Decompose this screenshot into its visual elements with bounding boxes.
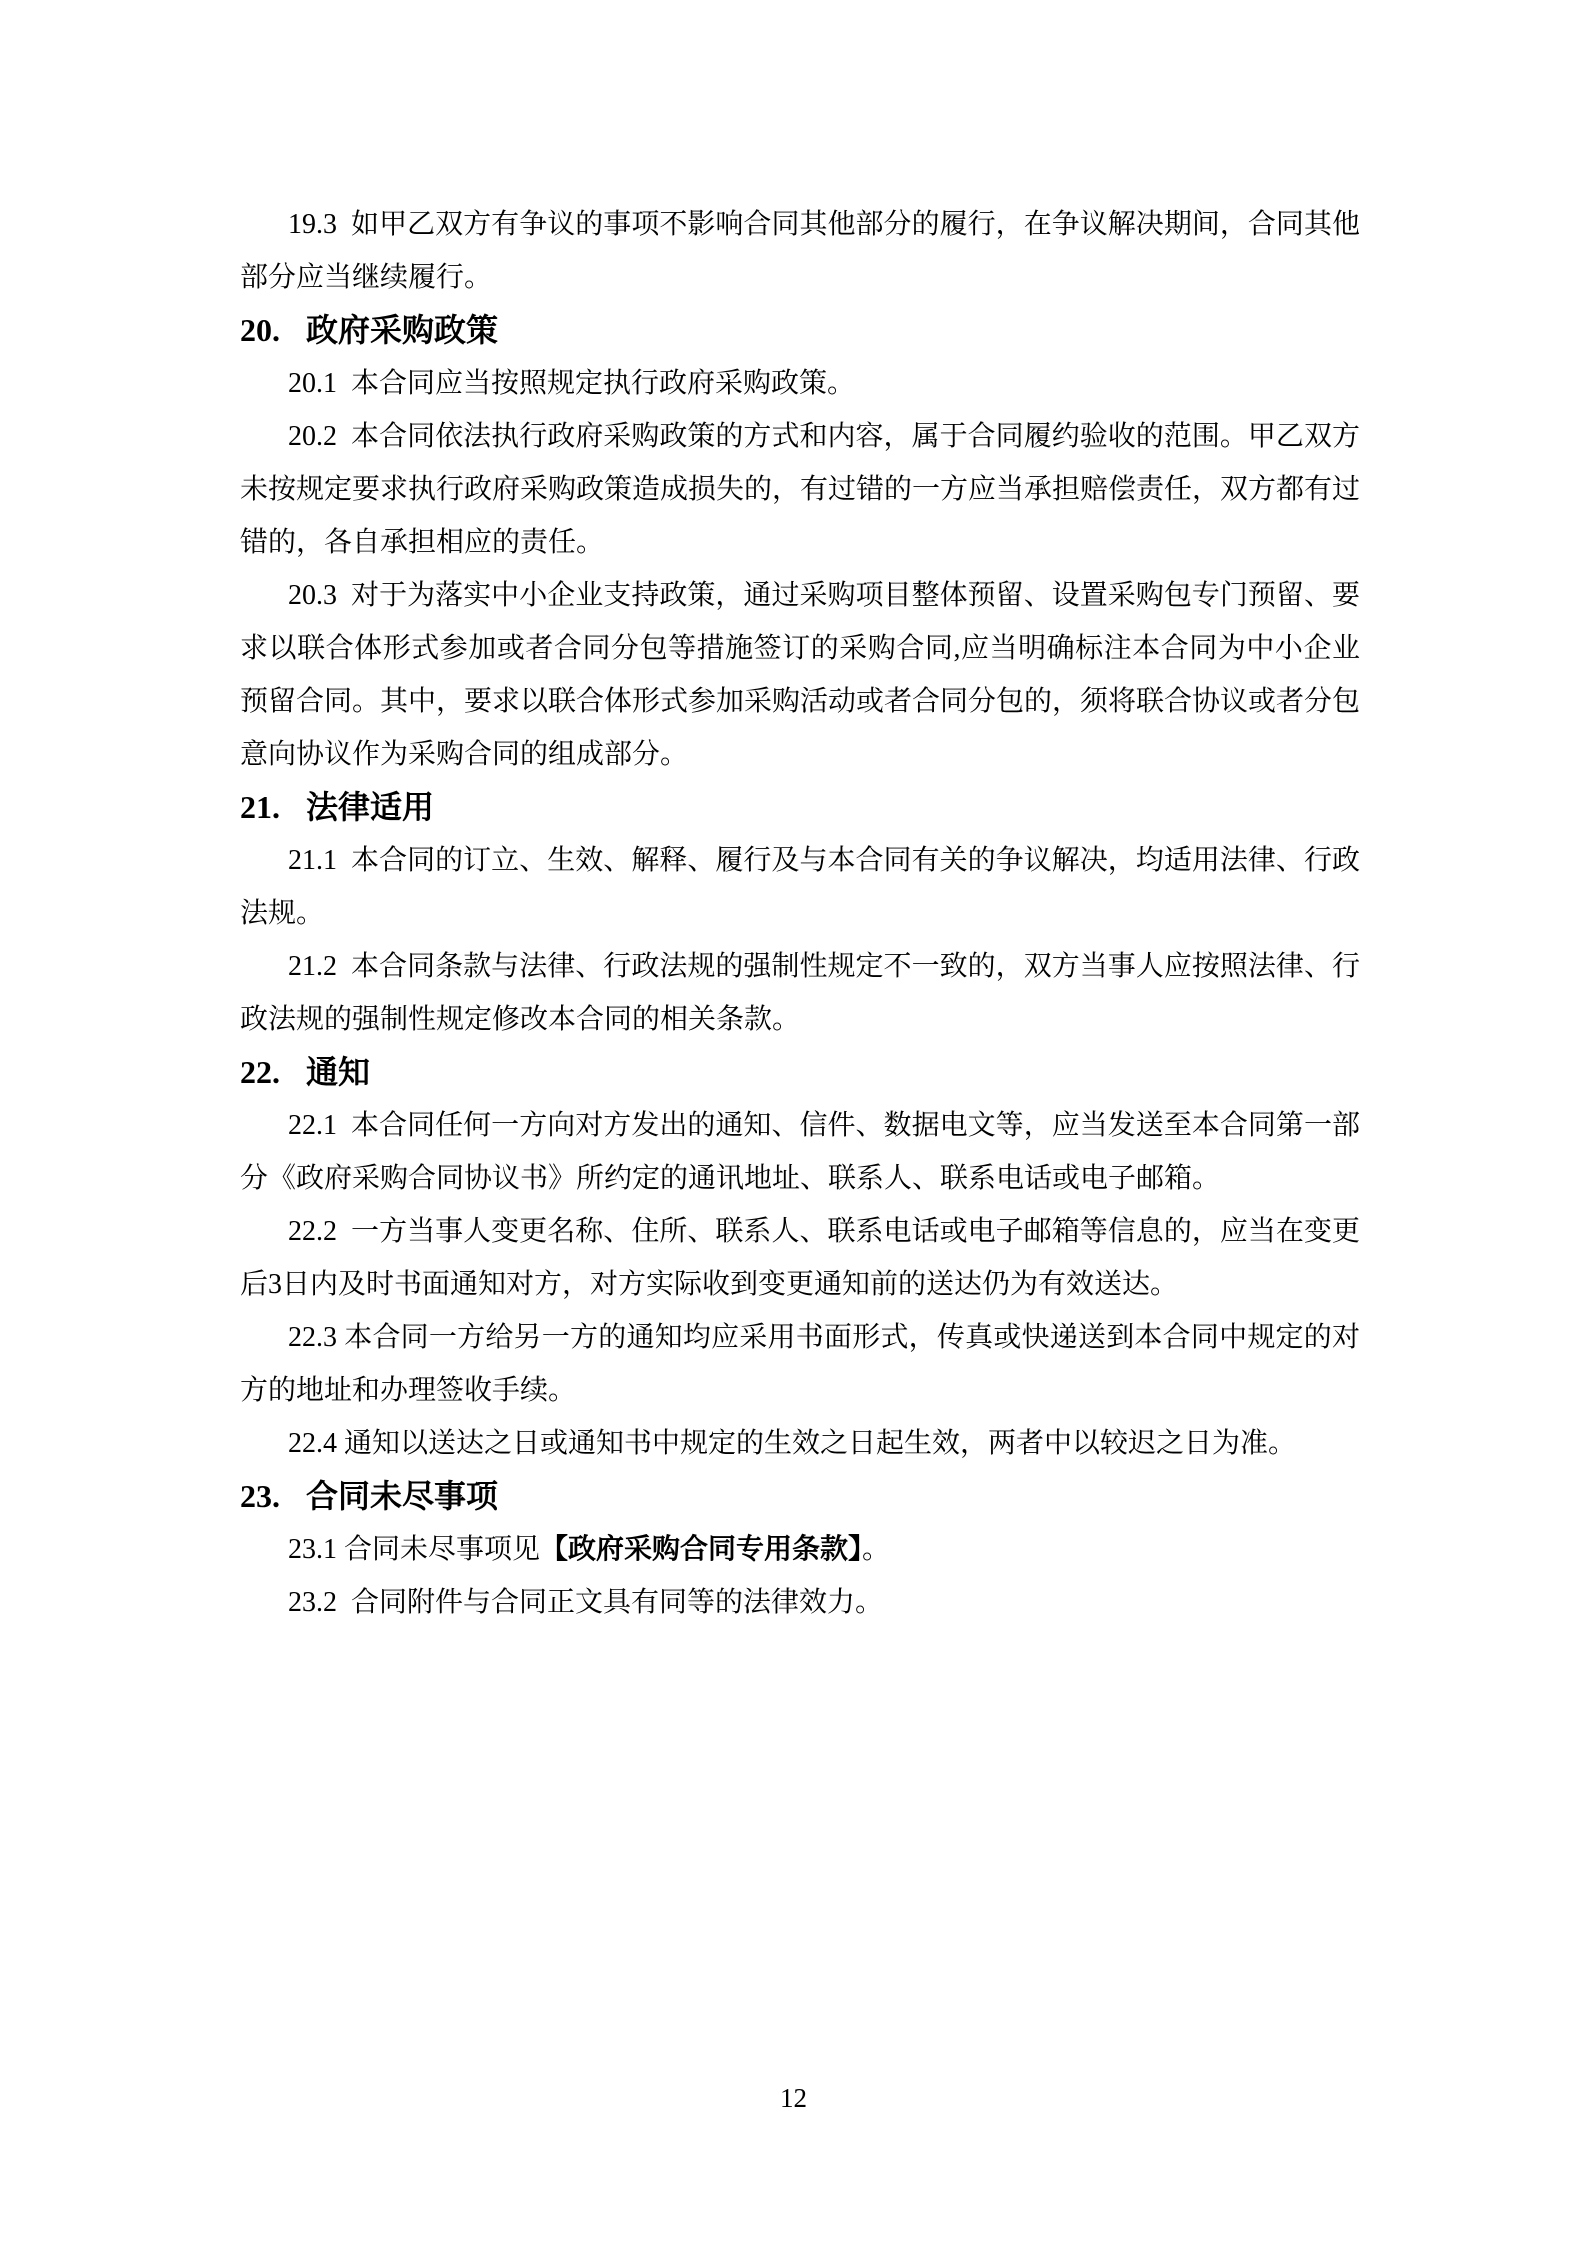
heading-22-number: 22. bbox=[240, 1054, 280, 1090]
clause-23-2: 23.2 合同附件与合同正文具有同等的法律效力。 bbox=[240, 1576, 1360, 1629]
page-footer: 12 bbox=[0, 2072, 1587, 2125]
clause-22-2: 22.2 一方当事人变更名称、住所、联系人、联系电话或电子邮箱等信息的，应当在变… bbox=[240, 1205, 1360, 1311]
clause-20-3: 20.3 对于为落实中小企业支持政策，通过采购项目整体预留、设置采购包专门预留、… bbox=[240, 569, 1360, 781]
heading-21-title: 法律适用 bbox=[306, 789, 434, 825]
clause-23-1-prefix: 23.1 合同未尽事项见 bbox=[288, 1534, 540, 1565]
clause-22-3: 22.3 本合同一方给另一方的通知均应采用书面形式，传真或快递送到本合同中规定的… bbox=[240, 1311, 1360, 1417]
page-number: 12 bbox=[780, 2083, 807, 2113]
heading-22-notices: 22.通知 bbox=[240, 1046, 1360, 1099]
contract-page: 19.3 如甲乙双方有争议的事项不影响合同其他部分的履行，在争议解决期间，合同其… bbox=[0, 0, 1587, 2245]
clause-23-1-suffix: 。 bbox=[862, 1534, 890, 1565]
heading-21-applicable-law: 21.法律适用 bbox=[240, 781, 1360, 834]
heading-23-outstanding-matters: 23.合同未尽事项 bbox=[240, 1470, 1360, 1523]
heading-20-government-procurement-policy: 20.政府采购政策 bbox=[240, 304, 1360, 357]
heading-21-number: 21. bbox=[240, 789, 280, 825]
clause-23-1-bold-reference: 【政府采购合同专用条款】 bbox=[540, 1534, 862, 1565]
heading-20-number: 20. bbox=[240, 312, 280, 348]
clause-21-1: 21.1 本合同的订立、生效、解释、履行及与本合同有关的争议解决，均适用法律、行… bbox=[240, 834, 1360, 940]
heading-20-title: 政府采购政策 bbox=[306, 312, 498, 348]
heading-23-title: 合同未尽事项 bbox=[306, 1478, 498, 1514]
heading-23-number: 23. bbox=[240, 1478, 280, 1514]
clause-23-1: 23.1 合同未尽事项见【政府采购合同专用条款】。 bbox=[240, 1523, 1360, 1576]
clause-19-3: 19.3 如甲乙双方有争议的事项不影响合同其他部分的履行，在争议解决期间，合同其… bbox=[240, 198, 1360, 304]
clause-21-2: 21.2 本合同条款与法律、行政法规的强制性规定不一致的，双方当事人应按照法律、… bbox=[240, 940, 1360, 1046]
heading-22-title: 通知 bbox=[306, 1054, 370, 1090]
contract-body: 19.3 如甲乙双方有争议的事项不影响合同其他部分的履行，在争议解决期间，合同其… bbox=[240, 198, 1360, 1629]
clause-20-1: 20.1 本合同应当按照规定执行政府采购政策。 bbox=[240, 357, 1360, 410]
clause-22-4: 22.4 通知以送达之日或通知书中规定的生效之日起生效，两者中以较迟之日为准。 bbox=[240, 1417, 1360, 1470]
clause-20-2: 20.2 本合同依法执行政府采购政策的方式和内容，属于合同履约验收的范围。甲乙双… bbox=[240, 410, 1360, 569]
clause-22-1: 22.1 本合同任何一方向对方发出的通知、信件、数据电文等，应当发送至本合同第一… bbox=[240, 1099, 1360, 1205]
